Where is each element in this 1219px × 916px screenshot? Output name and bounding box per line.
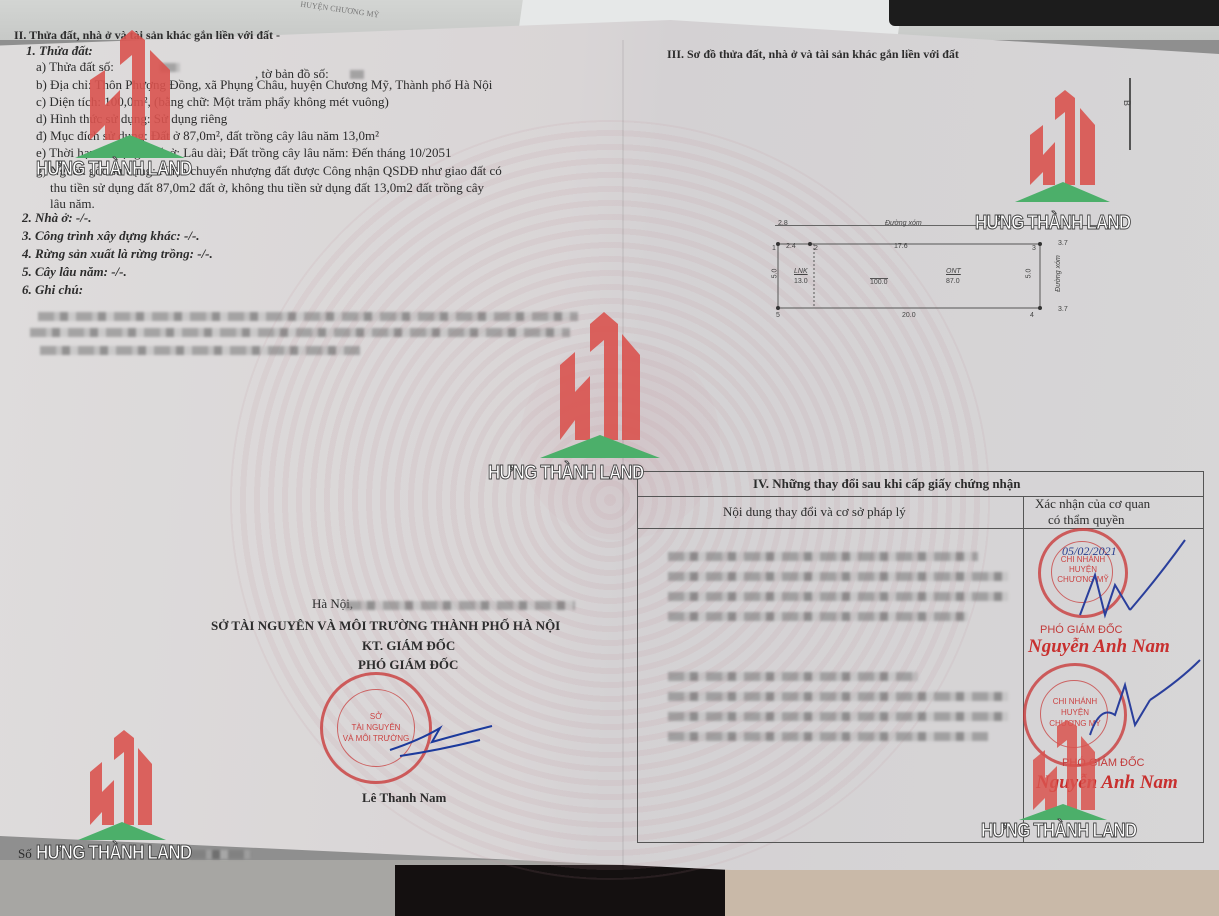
redacted-note-2 xyxy=(30,328,570,337)
signature-scribble-left xyxy=(380,720,500,760)
redacted-note-3 xyxy=(40,346,360,355)
redacted-change-2c xyxy=(668,712,1008,721)
watermark-text: HƯNG THÀNH LAND xyxy=(36,842,191,865)
signature-scribble-1 xyxy=(1070,535,1190,625)
signer-kt: KT. GIÁM ĐỐC xyxy=(362,638,455,654)
dim-top-left: 2.4 xyxy=(786,243,796,250)
redacted-serial xyxy=(190,850,250,859)
zone-total-area: 100.0 xyxy=(870,278,888,286)
watermark-logo-icon xyxy=(510,310,670,460)
point-5: 5 xyxy=(776,312,780,319)
redacted-change-1b xyxy=(668,572,1008,581)
watermark-text: HƯNG THÀNH LAND xyxy=(488,462,643,485)
plot-diagram: 2.8 Đường xóm 1 2.4 2 17.6 3 3.7 5.0 5.0… xyxy=(770,240,1090,330)
col-changes-header: Nội dung thay đổi và cơ sở pháp lý xyxy=(723,504,906,520)
watermark-5: HƯNG THÀNH LAND xyxy=(1005,720,1125,825)
perennial-item: 5. Cây lâu năm: -/-. xyxy=(22,264,127,280)
zone-ont-area: 87.0 xyxy=(946,278,960,285)
watermark-logo-icon xyxy=(60,730,200,840)
table-heading-row: IV. Những thay đổi sau khi cấp giấy chứn… xyxy=(638,472,1203,497)
origin-line2: thu tiền sử dụng đất 87,0m2 đất ở, không… xyxy=(50,180,484,196)
redacted-change-1d xyxy=(668,612,968,621)
notes-label: 6. Ghi chú: xyxy=(22,282,83,298)
watermark-text: HƯNG THÀNH LAND xyxy=(981,820,1136,843)
watermark-text: HƯNG THÀNH LAND xyxy=(36,158,191,181)
construction-item: 3. Công trình xây dựng khác: -/-. xyxy=(22,228,200,244)
watermark-1: HƯNG THÀNH LAND xyxy=(40,30,220,165)
section-iii-heading: III. Sơ đồ thửa đất, nhà ở và tài sản kh… xyxy=(667,46,959,62)
watermark-2: HƯNG THÀNH LAND xyxy=(985,90,1135,210)
dim-left: 5.0 xyxy=(771,269,778,279)
watermark-4: HƯNG THÀNH LAND xyxy=(60,730,200,845)
redacted-change-1a xyxy=(668,552,978,561)
redacted-change-2a xyxy=(668,672,918,681)
watermark-logo-icon xyxy=(985,90,1135,205)
redacted-change-1c xyxy=(668,592,1008,601)
point-4: 4 xyxy=(1030,312,1034,319)
watermark-text: HƯNG THÀNH LAND xyxy=(975,212,1130,235)
redacted-change-2d xyxy=(668,732,988,741)
table-column-headers: Nội dung thay đổi và cơ sở pháp lý Xác n… xyxy=(638,496,1203,529)
col-confirm-header-l1: Xác nhận của cơ quan xyxy=(1035,496,1150,512)
road-right-label: Đường xóm xyxy=(1055,255,1062,292)
keyboard-edge xyxy=(889,0,1219,26)
watermark-logo-icon xyxy=(40,30,220,160)
issuing-agency: SỞ TÀI NGUYÊN VÀ MÔI TRƯỜNG THÀNH PHỐ HÀ… xyxy=(211,618,560,634)
stamp-1-title: PHÓ GIÁM ĐỐC xyxy=(1040,624,1123,636)
dim-top-right: 17.6 xyxy=(894,243,908,250)
watermark-logo-icon xyxy=(1005,720,1125,820)
forest-item: 4. Rừng sản xuất là rừng trồng: -/-. xyxy=(22,246,213,262)
signer-title: PHÓ GIÁM ĐỐC xyxy=(358,657,458,673)
watermark-3: HƯNG THÀNH LAND xyxy=(510,310,670,465)
dim-corner-tr: 3.7 xyxy=(1058,240,1068,247)
point-1: 1 xyxy=(772,245,776,252)
dim-bottom: 20.0 xyxy=(902,312,916,319)
point-3: 3 xyxy=(1032,245,1036,252)
dim-right: 5.0 xyxy=(1025,269,1032,279)
zone-ont-code: ONT xyxy=(946,268,961,275)
signer-name: Lê Thanh Nam xyxy=(362,790,446,806)
redacted-change-2b xyxy=(668,692,1008,701)
zone-lnk-code: LNK xyxy=(794,268,808,275)
dim-corner-br: 3.7 xyxy=(1058,306,1068,313)
zone-lnk-area: 13.0 xyxy=(794,278,808,285)
redacted-issue-date xyxy=(345,601,575,610)
section-iv-heading: IV. Những thay đổi sau khi cấp giấy chứn… xyxy=(753,476,1021,492)
col-confirm-header-l2: có thẩm quyền xyxy=(1048,512,1125,528)
point-2: 2 xyxy=(814,245,818,252)
house-item: 2. Nhà ở: -/-. xyxy=(22,210,91,226)
road-top-label: Đường xóm xyxy=(885,220,922,227)
plot-outline xyxy=(770,240,1090,330)
redacted-note-1 xyxy=(38,312,578,321)
serial-label: Số xyxy=(18,846,32,862)
dim-corner-tl: 2.8 xyxy=(778,220,788,227)
desk-wood xyxy=(725,868,1219,916)
